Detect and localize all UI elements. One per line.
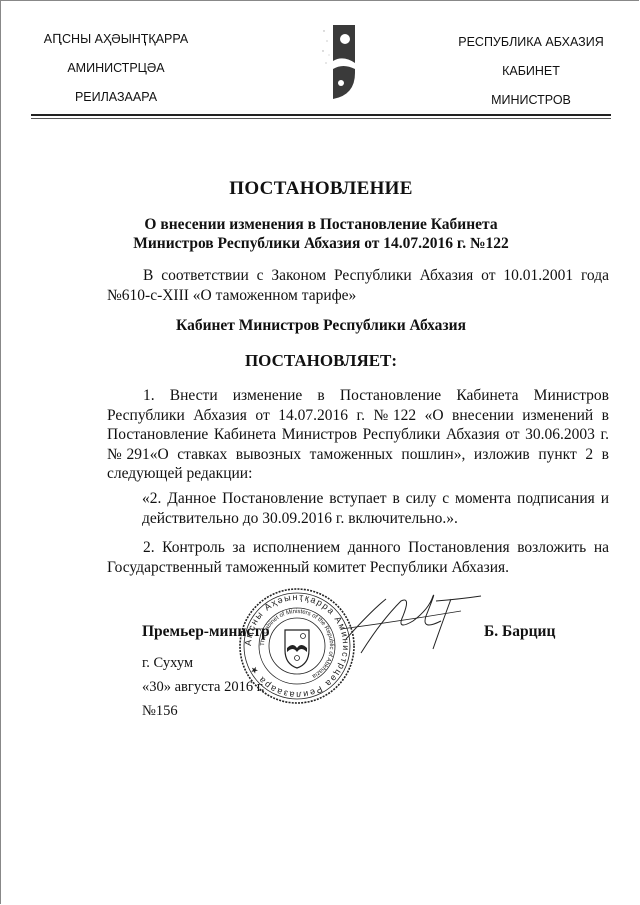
handwritten-signature-icon xyxy=(341,591,501,661)
document-number: №156 xyxy=(142,703,178,720)
header-left-line-3: РЕИЛАЗААРА xyxy=(41,83,191,112)
svg-text:The Cabinet of Ministers of th: The Cabinet of Ministers of the Republic… xyxy=(260,609,334,679)
header-right-line-2: КАБИНЕТ xyxy=(441,57,621,86)
issue-place: г. Сухум xyxy=(142,655,193,672)
decree-word: ПОСТАНОВЛЯЕТ: xyxy=(1,351,640,371)
header-abkhaz: АԤСНЫ АҲӘЫНҬҚАРРА АМИНИСТРЦӘА РЕИЛАЗААРА xyxy=(41,25,191,112)
official-seal-icon: Аԥсны Аҳәынҭқарра Аминистрцәа Реилазаара… xyxy=(237,586,357,706)
document-title: ПОСТАНОВЛЕНИЕ xyxy=(1,178,640,200)
issuer: Кабинет Министров Республики Абхазия xyxy=(1,317,640,335)
item-1-quote: «2. Данное Постановление вступает в силу… xyxy=(142,489,609,528)
header-left-line-1: АԤСНЫ АҲӘЫНҬҚАРРА xyxy=(41,25,191,54)
abkhazia-coat-of-arms-icon xyxy=(321,21,361,101)
header-left-line-2: АМИНИСТРЦӘА xyxy=(41,54,191,83)
header-right-line-1: РЕСПУБЛИКА АБХАЗИЯ xyxy=(441,28,621,57)
header-divider-thin xyxy=(31,118,611,119)
subtitle-line-1: О внесении изменения в Постановление Каб… xyxy=(101,215,541,234)
document-subtitle: О внесении изменения в Постановление Каб… xyxy=(101,215,541,253)
item-2: 2. Контроль за исполнением данного Поста… xyxy=(107,538,609,577)
document-page: АԤСНЫ АҲӘЫНҬҚАРРА АМИНИСТРЦӘА РЕИЛАЗААРА… xyxy=(0,0,639,904)
header-russian: РЕСПУБЛИКА АБХАЗИЯ КАБИНЕТ МИНИСТРОВ xyxy=(441,28,621,115)
subtitle-line-2: Министров Республики Абхазия от 14.07.20… xyxy=(101,234,541,253)
legal-basis: В соответствии с Законом Республики Абха… xyxy=(107,266,609,305)
header-divider xyxy=(31,114,611,116)
header-right-line-3: МИНИСТРОВ xyxy=(441,86,621,115)
item-1: 1. Внести изменение в Постановление Каби… xyxy=(107,386,609,484)
